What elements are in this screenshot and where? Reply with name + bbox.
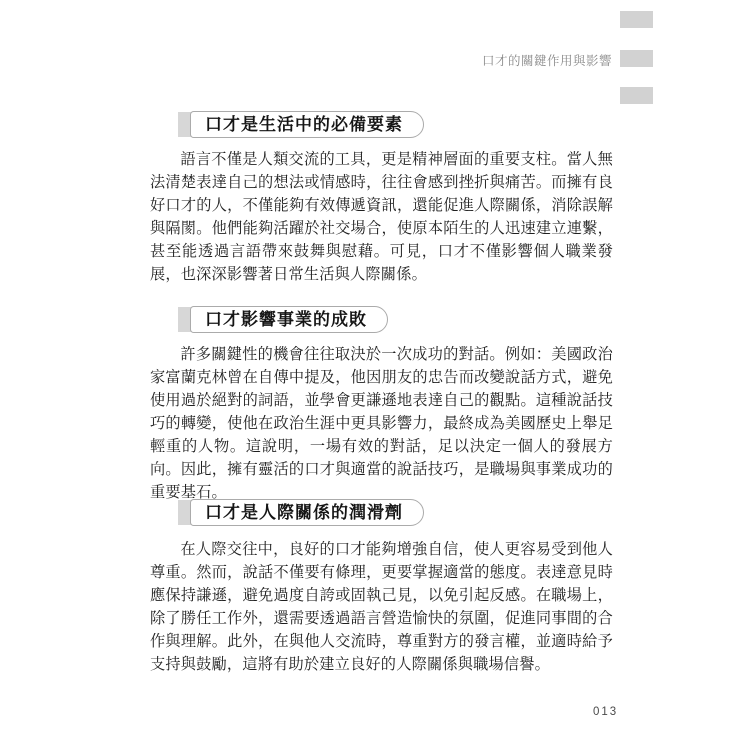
section-paragraph-1: 語言不僅是人類交流的工具，更是精神層面的重要支柱。當人無法清楚表達自己的想法或情…: [150, 148, 613, 286]
section-heading-1-title: 口才是生活中的必備要素: [190, 111, 424, 138]
section-heading-1: 口才是生活中的必備要素: [178, 111, 424, 138]
section-heading-2: 口才影響事業的成敗: [178, 306, 388, 333]
deco-block-middle: [620, 50, 653, 67]
page-number: 013: [593, 706, 618, 718]
deco-block-top: [620, 11, 653, 28]
deco-block-bottom: [620, 87, 653, 104]
section-heading-3: 口才是人際關係的潤滑劑: [178, 499, 424, 526]
section-paragraph-3: 在人際交往中，良好的口才能夠增強自信，使人更容易受到他人尊重。然而，說話不僅要有…: [150, 538, 613, 676]
section-paragraph-2: 許多關鍵性的機會往往取決於一次成功的對話。例如：美國政治家富蘭克林曾在自傳中提及…: [150, 343, 613, 504]
section-heading-3-title: 口才是人際關係的潤滑劑: [190, 499, 424, 526]
section-heading-2-title: 口才影響事業的成敗: [190, 306, 388, 333]
running-header: 口才的關鍵作用與影響: [0, 51, 612, 69]
